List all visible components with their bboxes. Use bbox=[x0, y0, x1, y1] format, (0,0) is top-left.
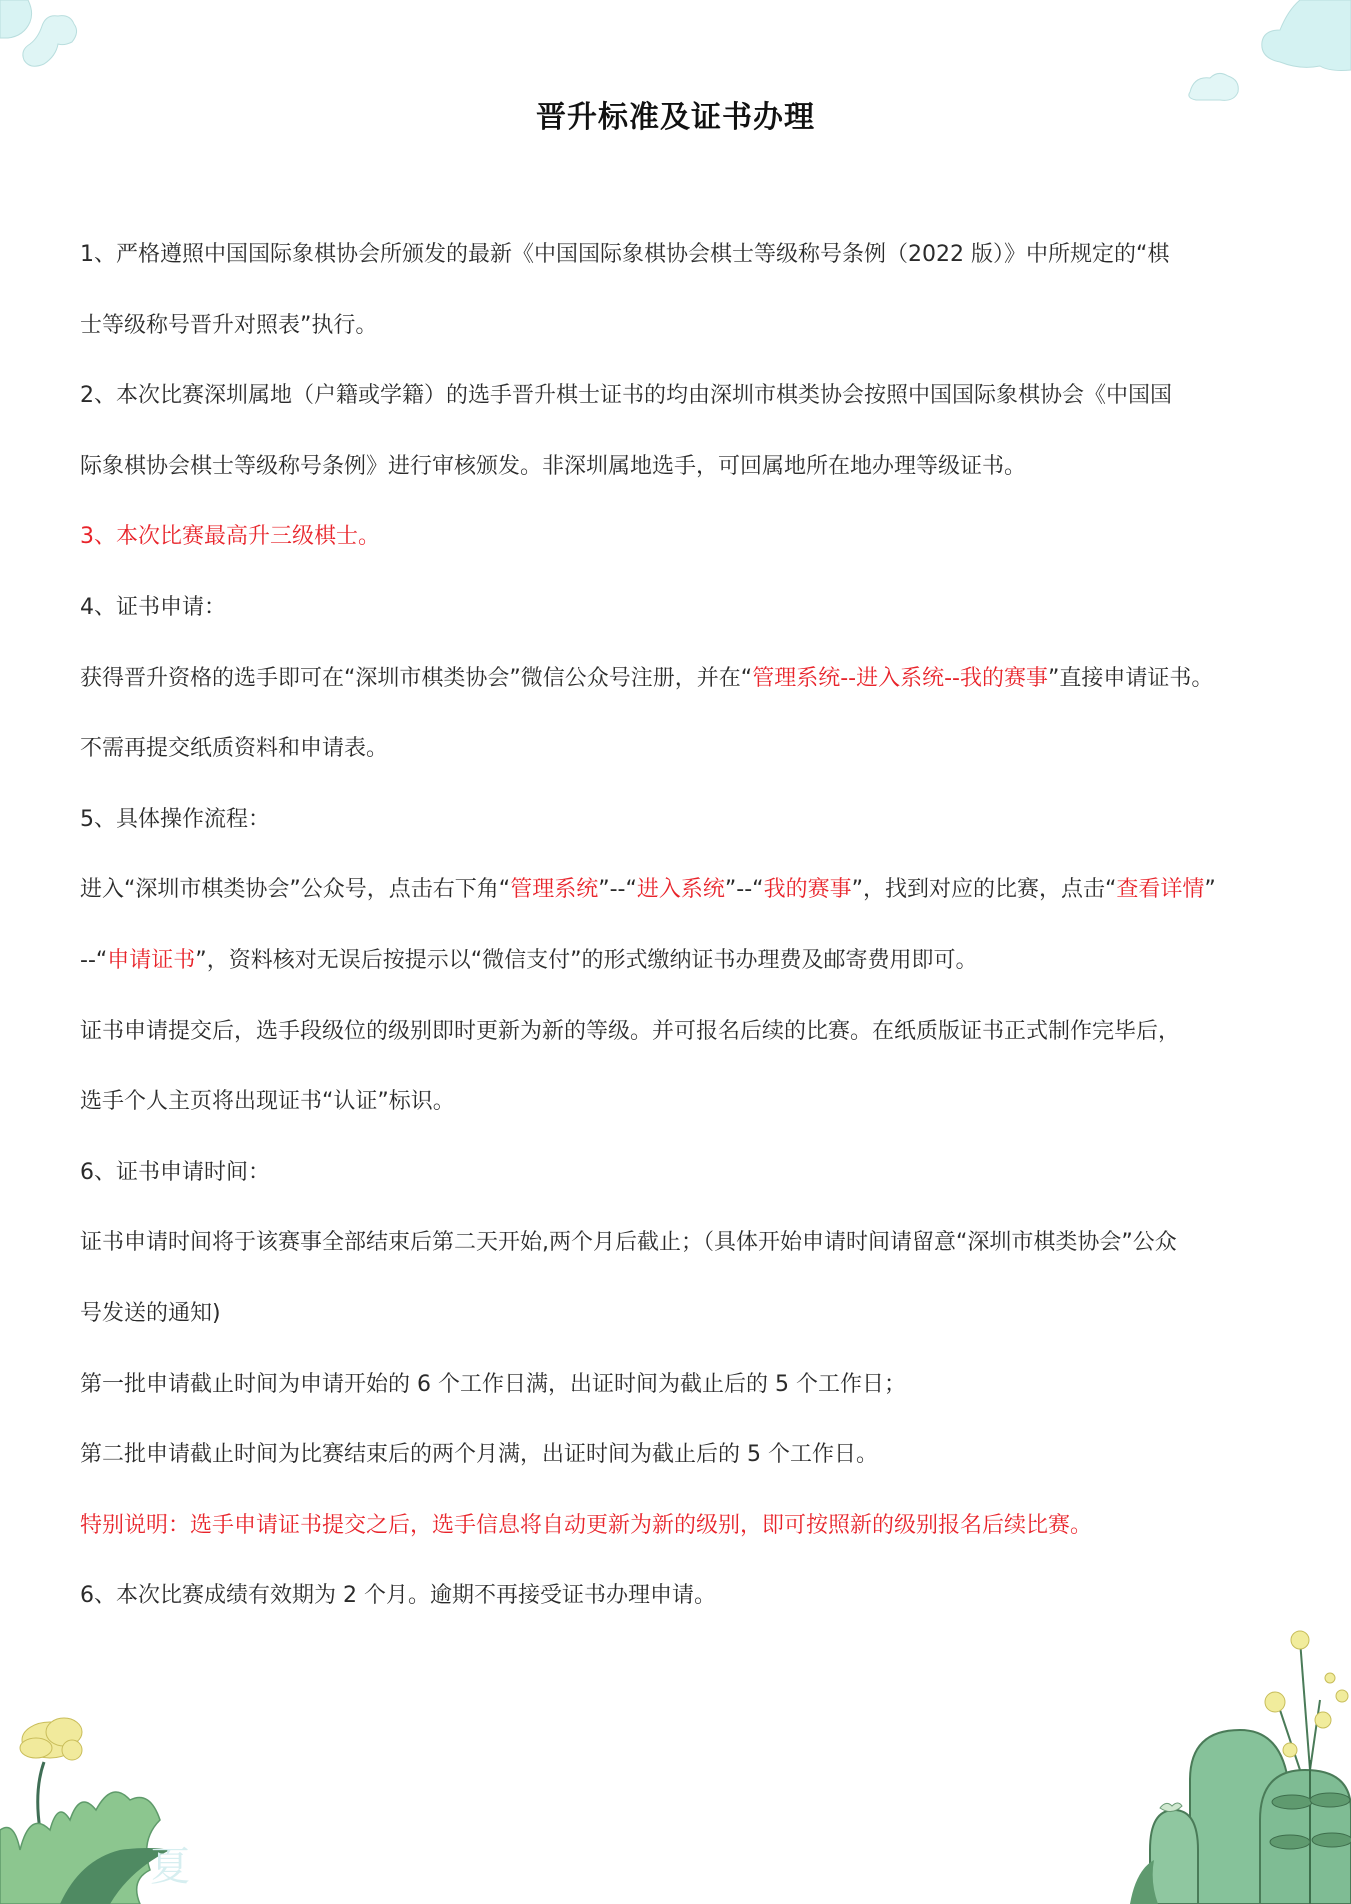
highlight-text: 查看详情 bbox=[1116, 877, 1204, 902]
paragraph-line: 士等级称号晋升对照表”执行。 bbox=[80, 306, 1280, 377]
highlight-text: 申请证书 bbox=[107, 948, 195, 973]
paragraph-line: 证书申请提交后，选手段级位的级别即时更新为新的等级。并可报名后续的比赛。在纸质版… bbox=[80, 1012, 1280, 1083]
text-segment: 证书申请时间将于该赛事全部结束后第二天开始,两个月后截止；（具体开始申请时间请留… bbox=[80, 1230, 1177, 1255]
cloud-icon bbox=[0, 0, 90, 75]
paragraph-line: 证书申请时间将于该赛事全部结束后第二天开始,两个月后截止；（具体开始申请时间请留… bbox=[80, 1223, 1280, 1294]
text-segment: 证书申请提交后，选手段级位的级别即时更新为新的等级。并可报名后续的比赛。在纸质版… bbox=[80, 1019, 1180, 1044]
section-heading: 4、证书申请： bbox=[80, 588, 1280, 659]
paragraph-line: 第一批申请截止时间为申请开始的 6 个工作日满，出证时间为截止后的 5 个工作日… bbox=[80, 1365, 1280, 1436]
text-segment: 4、证书申请： bbox=[80, 595, 226, 620]
section-heading: 5、具体操作流程： bbox=[80, 800, 1280, 871]
highlight-text: 特别说明：选手申请证书提交之后，选手信息将自动更新为新的级别，即可按照新的级别报… bbox=[80, 1513, 1092, 1538]
paragraph-line: 获得晋升资格的选手即可在“深圳市棋类协会”微信公众号注册，并在“管理系统--进入… bbox=[80, 659, 1280, 730]
paragraph-line: 进入“深圳市棋类协会”公众号，点击右下角“管理系统”--“进入系统”--“我的赛… bbox=[80, 870, 1280, 941]
text-segment: 5、具体操作流程： bbox=[80, 807, 270, 832]
page-title: 晋升标准及证书办理 bbox=[0, 92, 1351, 136]
text-segment: 士等级称号晋升对照表”执行。 bbox=[80, 313, 377, 338]
paragraph-line: 1、严格遵照中国国际象棋协会所颁发的最新《中国国际象棋协会棋士等级称号条例（20… bbox=[80, 235, 1280, 306]
paragraph-line: --“申请证书”，资料核对无误后按提示以“微信支付”的形式缴纳证书办理费及邮寄费… bbox=[80, 941, 1280, 1012]
text-segment: 6、证书申请时间： bbox=[80, 1160, 270, 1185]
special-note: 特别说明：选手申请证书提交之后，选手信息将自动更新为新的级别，即可按照新的级别报… bbox=[80, 1506, 1280, 1577]
highlight-text: 管理系统 bbox=[510, 877, 598, 902]
paragraph-line: 号发送的通知) bbox=[80, 1294, 1280, 1365]
text-segment: --“ bbox=[80, 948, 107, 973]
paragraph-line: 不需再提交纸质资料和申请表。 bbox=[80, 729, 1280, 800]
text-segment: 第一批申请截止时间为申请开始的 6 个工作日满，出证时间为截止后的 5 个工作日… bbox=[80, 1372, 906, 1397]
paragraph-line: 6、本次比赛成绩有效期为 2 个月。逾期不再接受证书办理申请。 bbox=[80, 1576, 1280, 1647]
text-segment: ”直接申请证书。 bbox=[1048, 666, 1213, 691]
text-segment: 际象棋协会棋士等级称号条例》进行审核颁发。非深圳属地选手，可回属地所在地办理等级… bbox=[80, 454, 1026, 479]
text-segment: 选手个人主页将出现证书“认证”标识。 bbox=[80, 1089, 455, 1114]
highlight-text: 进入系统 bbox=[637, 877, 725, 902]
text-segment: 进入“深圳市棋类协会”公众号，点击右下角“ bbox=[80, 877, 510, 902]
svg-text:夏: 夏 bbox=[150, 1844, 190, 1890]
flower-illustration-icon: 夏 bbox=[0, 1700, 200, 1904]
paragraph-line: 2、本次比赛深圳属地（户籍或学籍）的选手晋升棋士证书的均由深圳市棋类协会按照中国… bbox=[80, 376, 1280, 447]
text-segment: 获得晋升资格的选手即可在“深圳市棋类协会”微信公众号注册，并在“ bbox=[80, 666, 752, 691]
text-segment: 6、本次比赛成绩有效期为 2 个月。逾期不再接受证书办理申请。 bbox=[80, 1583, 716, 1608]
highlight-text: 3、本次比赛最高升三级棋士。 bbox=[80, 524, 380, 549]
text-segment: 第二批申请截止时间为比赛结束后的两个月满，出证时间为截止后的 5 个工作日。 bbox=[80, 1442, 878, 1467]
paragraph-line: 际象棋协会棋士等级称号条例》进行审核颁发。非深圳属地选手，可回属地所在地办理等级… bbox=[80, 447, 1280, 518]
paragraph-line: 第二批申请截止时间为比赛结束后的两个月满，出证时间为截止后的 5 个工作日。 bbox=[80, 1435, 1280, 1506]
text-segment: ”--“ bbox=[598, 877, 637, 902]
text-segment: ”，找到对应的比赛，点击“ bbox=[852, 877, 1117, 902]
text-segment: 2、本次比赛深圳属地（户籍或学籍）的选手晋升棋士证书的均由深圳市棋类协会按照中国… bbox=[80, 383, 1172, 408]
document-body: 1、严格遵照中国国际象棋协会所颁发的最新《中国国际象棋协会棋士等级称号条例（20… bbox=[80, 235, 1280, 1647]
section-heading: 6、证书申请时间： bbox=[80, 1153, 1280, 1224]
highlight-text: 管理系统--进入系统--我的赛事 bbox=[752, 666, 1048, 691]
document-page: 晋升标准及证书办理 1、严格遵照中国国际象棋协会所颁发的最新《中国国际象棋协会棋… bbox=[0, 0, 1351, 1904]
highlight-text: 我的赛事 bbox=[764, 877, 852, 902]
paragraph-line: 选手个人主页将出现证书“认证”标识。 bbox=[80, 1082, 1280, 1153]
cactus-illustration-icon bbox=[1110, 1620, 1351, 1904]
highlight-line: 3、本次比赛最高升三级棋士。 bbox=[80, 517, 1280, 588]
text-segment: 1、严格遵照中国国际象棋协会所颁发的最新《中国国际象棋协会棋士等级称号条例（20… bbox=[80, 242, 1169, 267]
text-segment: ” bbox=[1204, 877, 1215, 902]
text-segment: ”，资料核对无误后按提示以“微信支付”的形式缴纳证书办理费及邮寄费用即可。 bbox=[195, 948, 977, 973]
text-segment: 不需再提交纸质资料和申请表。 bbox=[80, 736, 388, 761]
text-segment: ”--“ bbox=[725, 877, 764, 902]
text-segment: 号发送的通知) bbox=[80, 1301, 221, 1326]
